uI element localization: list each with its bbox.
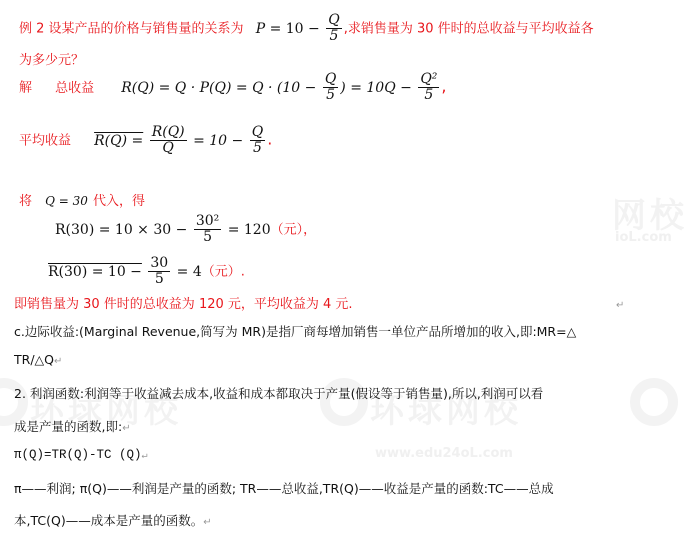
watermark-url: www.edu24oL.com — [375, 446, 513, 461]
total-revenue-row: 解 总收益 R(Q) = Q · P(Q) = Q · (10 − Q5) = … — [19, 72, 447, 103]
substitute-row: 将 Q = 30 代入，得 — [19, 190, 145, 209]
average-revenue-row: 平均收益 R(Q) = R(Q)Q = 10 − Q5. — [19, 125, 272, 156]
example-title: 例 2 设某产品的价格与销售量的关系为 P = 10 − Q5,求销售量为 30… — [19, 13, 594, 44]
profit-formula: π(Q)=TR(Q)-TC (Q)↵ — [14, 448, 148, 462]
example-title-suffix: 求销售量为 30 件时的总收益与平均收益各 — [348, 22, 594, 37]
return-mark-icon: ↵ — [616, 300, 624, 311]
return-mark-icon: ↵ — [142, 451, 148, 462]
return-mark-icon: ↵ — [203, 517, 211, 528]
r30-formula: R(30) = 10 × 30 − 30²5 = 120 — [55, 222, 271, 238]
marginal-revenue-line1: c.边际收益:(Marginal Revenue,简写为 MR)是指厂商每增加销… — [14, 322, 576, 340]
watermark-url-partial: ioL.com — [615, 230, 672, 245]
profit-function-line2: 成是产量的函数,即:↵ — [14, 417, 131, 435]
price-formula: P = 10 − Q5 — [256, 21, 344, 37]
r30-row: R(30) = 10 × 30 − 30²5 = 120（元）， — [55, 214, 316, 245]
marginal-revenue-line2: TR/△Q↵ — [14, 352, 62, 367]
total-revenue-formula: R(Q) = Q · P(Q) = Q · (10 − Q5) = 10Q − … — [121, 80, 441, 96]
rbar30-row: R(30) = 10 − 305 = 4（元）. — [48, 256, 245, 287]
total-revenue-label: 总收益 — [55, 81, 94, 96]
return-mark-icon: ↵ — [122, 423, 130, 434]
average-revenue-label: 平均收益 — [19, 134, 71, 149]
watermark-logo-icon — [630, 378, 678, 426]
definitions-line2: 本,TC(Q)——成本是产量的函数。↵ — [14, 511, 212, 529]
profit-function-line1: 2. 利润函数:利润等于收益减去成本,收益和成本都取决于产量(假设等于销售量),… — [14, 384, 543, 402]
rbar30-formula: R(30) = 10 − 305 = 4 — [48, 264, 202, 280]
example-title-prefix: 例 2 设某产品的价格与销售量的关系为 — [19, 22, 244, 37]
average-revenue-formula: R(Q) = R(Q)Q = 10 − Q5 — [94, 133, 267, 149]
example-title-line2: 为多少元？ — [19, 49, 84, 68]
return-mark-icon: ↵ — [54, 356, 62, 367]
definitions-line1: π——利润; π(Q)——利润是产量的函数; TR——总收益,TR(Q)——收益… — [14, 479, 554, 497]
solution-label: 解 — [19, 81, 32, 96]
conclusion: 即销售量为 30 件时的总收益为 120 元，平均收益为 4 元. — [14, 293, 353, 312]
